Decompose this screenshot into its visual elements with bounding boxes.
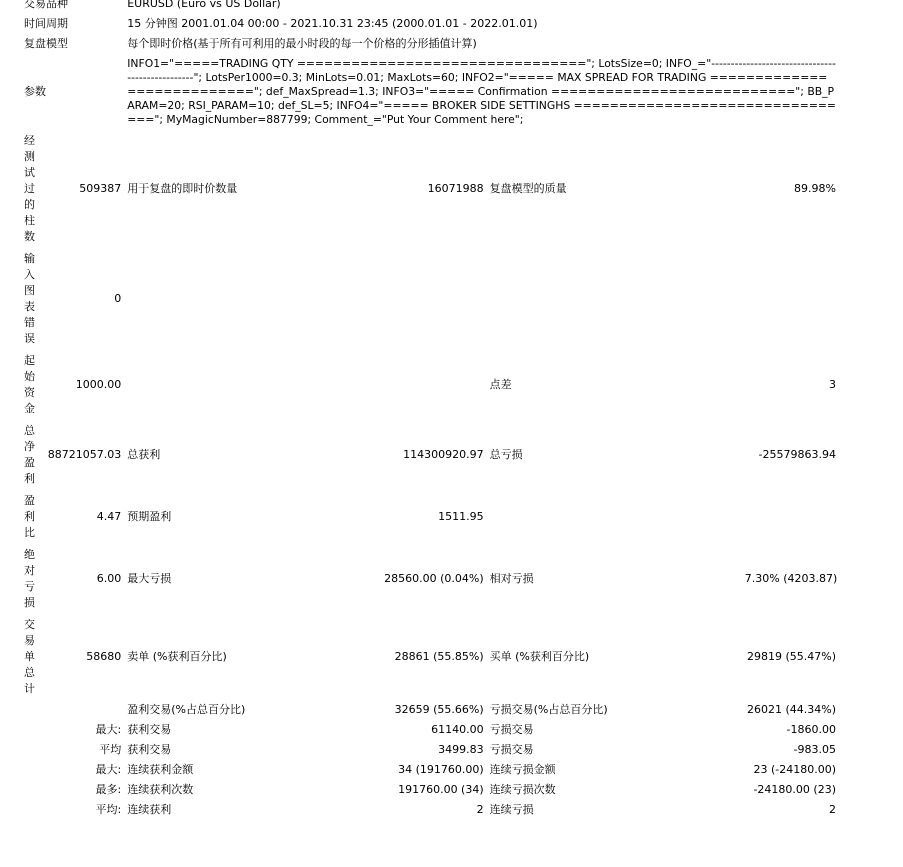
short-positions-label: 卖单 (%获利百分比) (125, 615, 378, 699)
detail-row: 最大: 获利交易 61140.00 亏损交易 -1860.00 (22, 721, 838, 739)
row-bars: 经测试过的柱数 509387 用于复盘的即时价数量 16071988 复盘模型的… (22, 131, 838, 247)
model-value: 每个即时价格(基于所有可利用的最小时段的每一个价格的分形插值计算) (125, 35, 838, 53)
detail-left-value: 32659 (55.66%) (380, 701, 485, 719)
detail-prefix: 平均: (38, 801, 123, 819)
detail-prefix: 最多: (38, 781, 123, 799)
row-model: 复盘模型 每个即时价格(基于所有可利用的最小时段的每一个价格的分形插值计算) (22, 35, 838, 53)
expected-payoff-value: 1511.95 (380, 491, 485, 543)
row-net-profit: 总净盈利 88721057.03 总获利 114300920.97 总亏损 -2… (22, 421, 838, 489)
profit-factor-label: 盈利比 (22, 491, 36, 543)
detail-right-label: 连续亏损次数 (488, 781, 741, 799)
gross-loss-value: -25579863.94 (743, 421, 838, 489)
period-value: 15 分钟图 2001.01.04 00:00 - 2021.10.31 23:… (125, 15, 838, 33)
detail-row: 最大: 连续获利金额 34 (191760.00) 连续亏损金额 23 (-24… (22, 761, 838, 779)
profit-factor-value: 4.47 (38, 491, 123, 543)
detail-row: 平均 获利交易 3499.83 亏损交易 -983.05 (22, 741, 838, 759)
detail-left-label: 连续获利金额 (125, 761, 378, 779)
quality-value: 89.98% (743, 131, 838, 247)
row-params: 参数 INFO1="=====TRADING QTY =============… (22, 55, 838, 129)
detail-left-label: 获利交易 (125, 721, 378, 739)
backtest-report-table: 交易品种 EURUSD (Euro vs US Dollar) 时间周期 15 … (20, 0, 840, 821)
row-mismatch: 输入图表错误 0 (22, 249, 838, 349)
max-drawdown-label: 最大亏损 (125, 545, 378, 613)
quality-label: 复盘模型的质量 (488, 131, 741, 247)
detail-left-value: 2 (380, 801, 485, 819)
net-profit-label: 总净盈利 (22, 421, 36, 489)
row-symbol: 交易品种 EURUSD (Euro vs US Dollar) (22, 0, 838, 13)
params-label: 参数 (22, 55, 123, 129)
row-total-trades: 交易单总计 58680 卖单 (%获利百分比) 28861 (55.85%) 买… (22, 615, 838, 699)
ticks-value: 16071988 (380, 131, 485, 247)
detail-right-label: 亏损交易 (488, 741, 741, 759)
abs-drawdown-value: 6.00 (38, 545, 123, 613)
detail-row: 盈利交易(%占总百分比) 32659 (55.66%) 亏损交易(%占总百分比)… (22, 701, 838, 719)
gross-loss-label: 总亏损 (488, 421, 741, 489)
gross-profit-label: 总获利 (125, 421, 378, 489)
detail-left-value: 3499.83 (380, 741, 485, 759)
max-drawdown-value: 28560.00 (0.04%) (380, 545, 485, 613)
spread-label: 点差 (488, 351, 741, 419)
deposit-label: 起始资金 (22, 351, 36, 419)
detail-right-value: -983.05 (743, 741, 838, 759)
symbol-label: 交易品种 (22, 0, 123, 13)
row-profit-factor: 盈利比 4.47 预期盈利 1511.95 (22, 491, 838, 543)
detail-left-label: 盈利交易(%占总百分比) (125, 701, 378, 719)
row-period: 时间周期 15 分钟图 2001.01.04 00:00 - 2021.10.3… (22, 15, 838, 33)
detail-right-label: 亏损交易 (488, 721, 741, 739)
rel-drawdown-value: 7.30% (4203.87) (743, 545, 838, 613)
detail-left-value: 61140.00 (380, 721, 485, 739)
detail-row: 最多: 连续获利次数 191760.00 (34) 连续亏损次数 -24180.… (22, 781, 838, 799)
long-positions-label: 买单 (%获利百分比) (488, 615, 741, 699)
detail-left-value: 191760.00 (34) (380, 781, 485, 799)
detail-row: 平均: 连续获利 2 连续亏损 2 (22, 801, 838, 819)
detail-prefix: 最大: (38, 721, 123, 739)
ticks-label: 用于复盘的即时价数量 (125, 131, 378, 247)
detail-prefix: 平均 (38, 741, 123, 759)
total-trades-label: 交易单总计 (22, 615, 36, 699)
mismatch-label: 输入图表错误 (22, 249, 36, 349)
detail-left-value: 34 (191760.00) (380, 761, 485, 779)
model-label: 复盘模型 (22, 35, 123, 53)
abs-drawdown-label: 绝对亏损 (22, 545, 36, 613)
detail-right-label: 亏损交易(%占总百分比) (488, 701, 741, 719)
row-deposit: 起始资金 1000.00 点差 3 (22, 351, 838, 419)
detail-prefix (38, 701, 123, 719)
detail-left-label: 连续获利 (125, 801, 378, 819)
total-trades-value: 58680 (38, 615, 123, 699)
bars-label: 经测试过的柱数 (22, 131, 36, 247)
mismatch-value: 0 (38, 249, 123, 349)
long-positions-value: 29819 (55.47%) (743, 615, 838, 699)
short-positions-value: 28861 (55.85%) (380, 615, 485, 699)
detail-right-value: 2 (743, 801, 838, 819)
detail-right-value: -24180.00 (23) (743, 781, 838, 799)
symbol-value: EURUSD (Euro vs US Dollar) (125, 0, 838, 13)
detail-prefix: 最大: (38, 761, 123, 779)
detail-right-label: 连续亏损 (488, 801, 741, 819)
gross-profit-value: 114300920.97 (380, 421, 485, 489)
detail-right-value: 23 (-24180.00) (743, 761, 838, 779)
bars-value: 509387 (38, 131, 123, 247)
params-value: INFO1="=====TRADING QTY ================… (125, 55, 838, 129)
detail-left-label: 连续获利次数 (125, 781, 378, 799)
period-label: 时间周期 (22, 15, 123, 33)
detail-right-label: 连续亏损金额 (488, 761, 741, 779)
net-profit-value: 88721057.03 (38, 421, 123, 489)
row-drawdown: 绝对亏损 6.00 最大亏损 28560.00 (0.04%) 相对亏损 7.3… (22, 545, 838, 613)
trade-details: 盈利交易(%占总百分比) 32659 (55.66%) 亏损交易(%占总百分比)… (22, 701, 838, 819)
detail-right-value: 26021 (44.34%) (743, 701, 838, 719)
detail-right-value: -1860.00 (743, 721, 838, 739)
spread-value: 3 (743, 351, 838, 419)
rel-drawdown-label: 相对亏损 (488, 545, 741, 613)
detail-left-label: 获利交易 (125, 741, 378, 759)
deposit-value: 1000.00 (38, 351, 123, 419)
expected-payoff-label: 预期盈利 (125, 491, 378, 543)
